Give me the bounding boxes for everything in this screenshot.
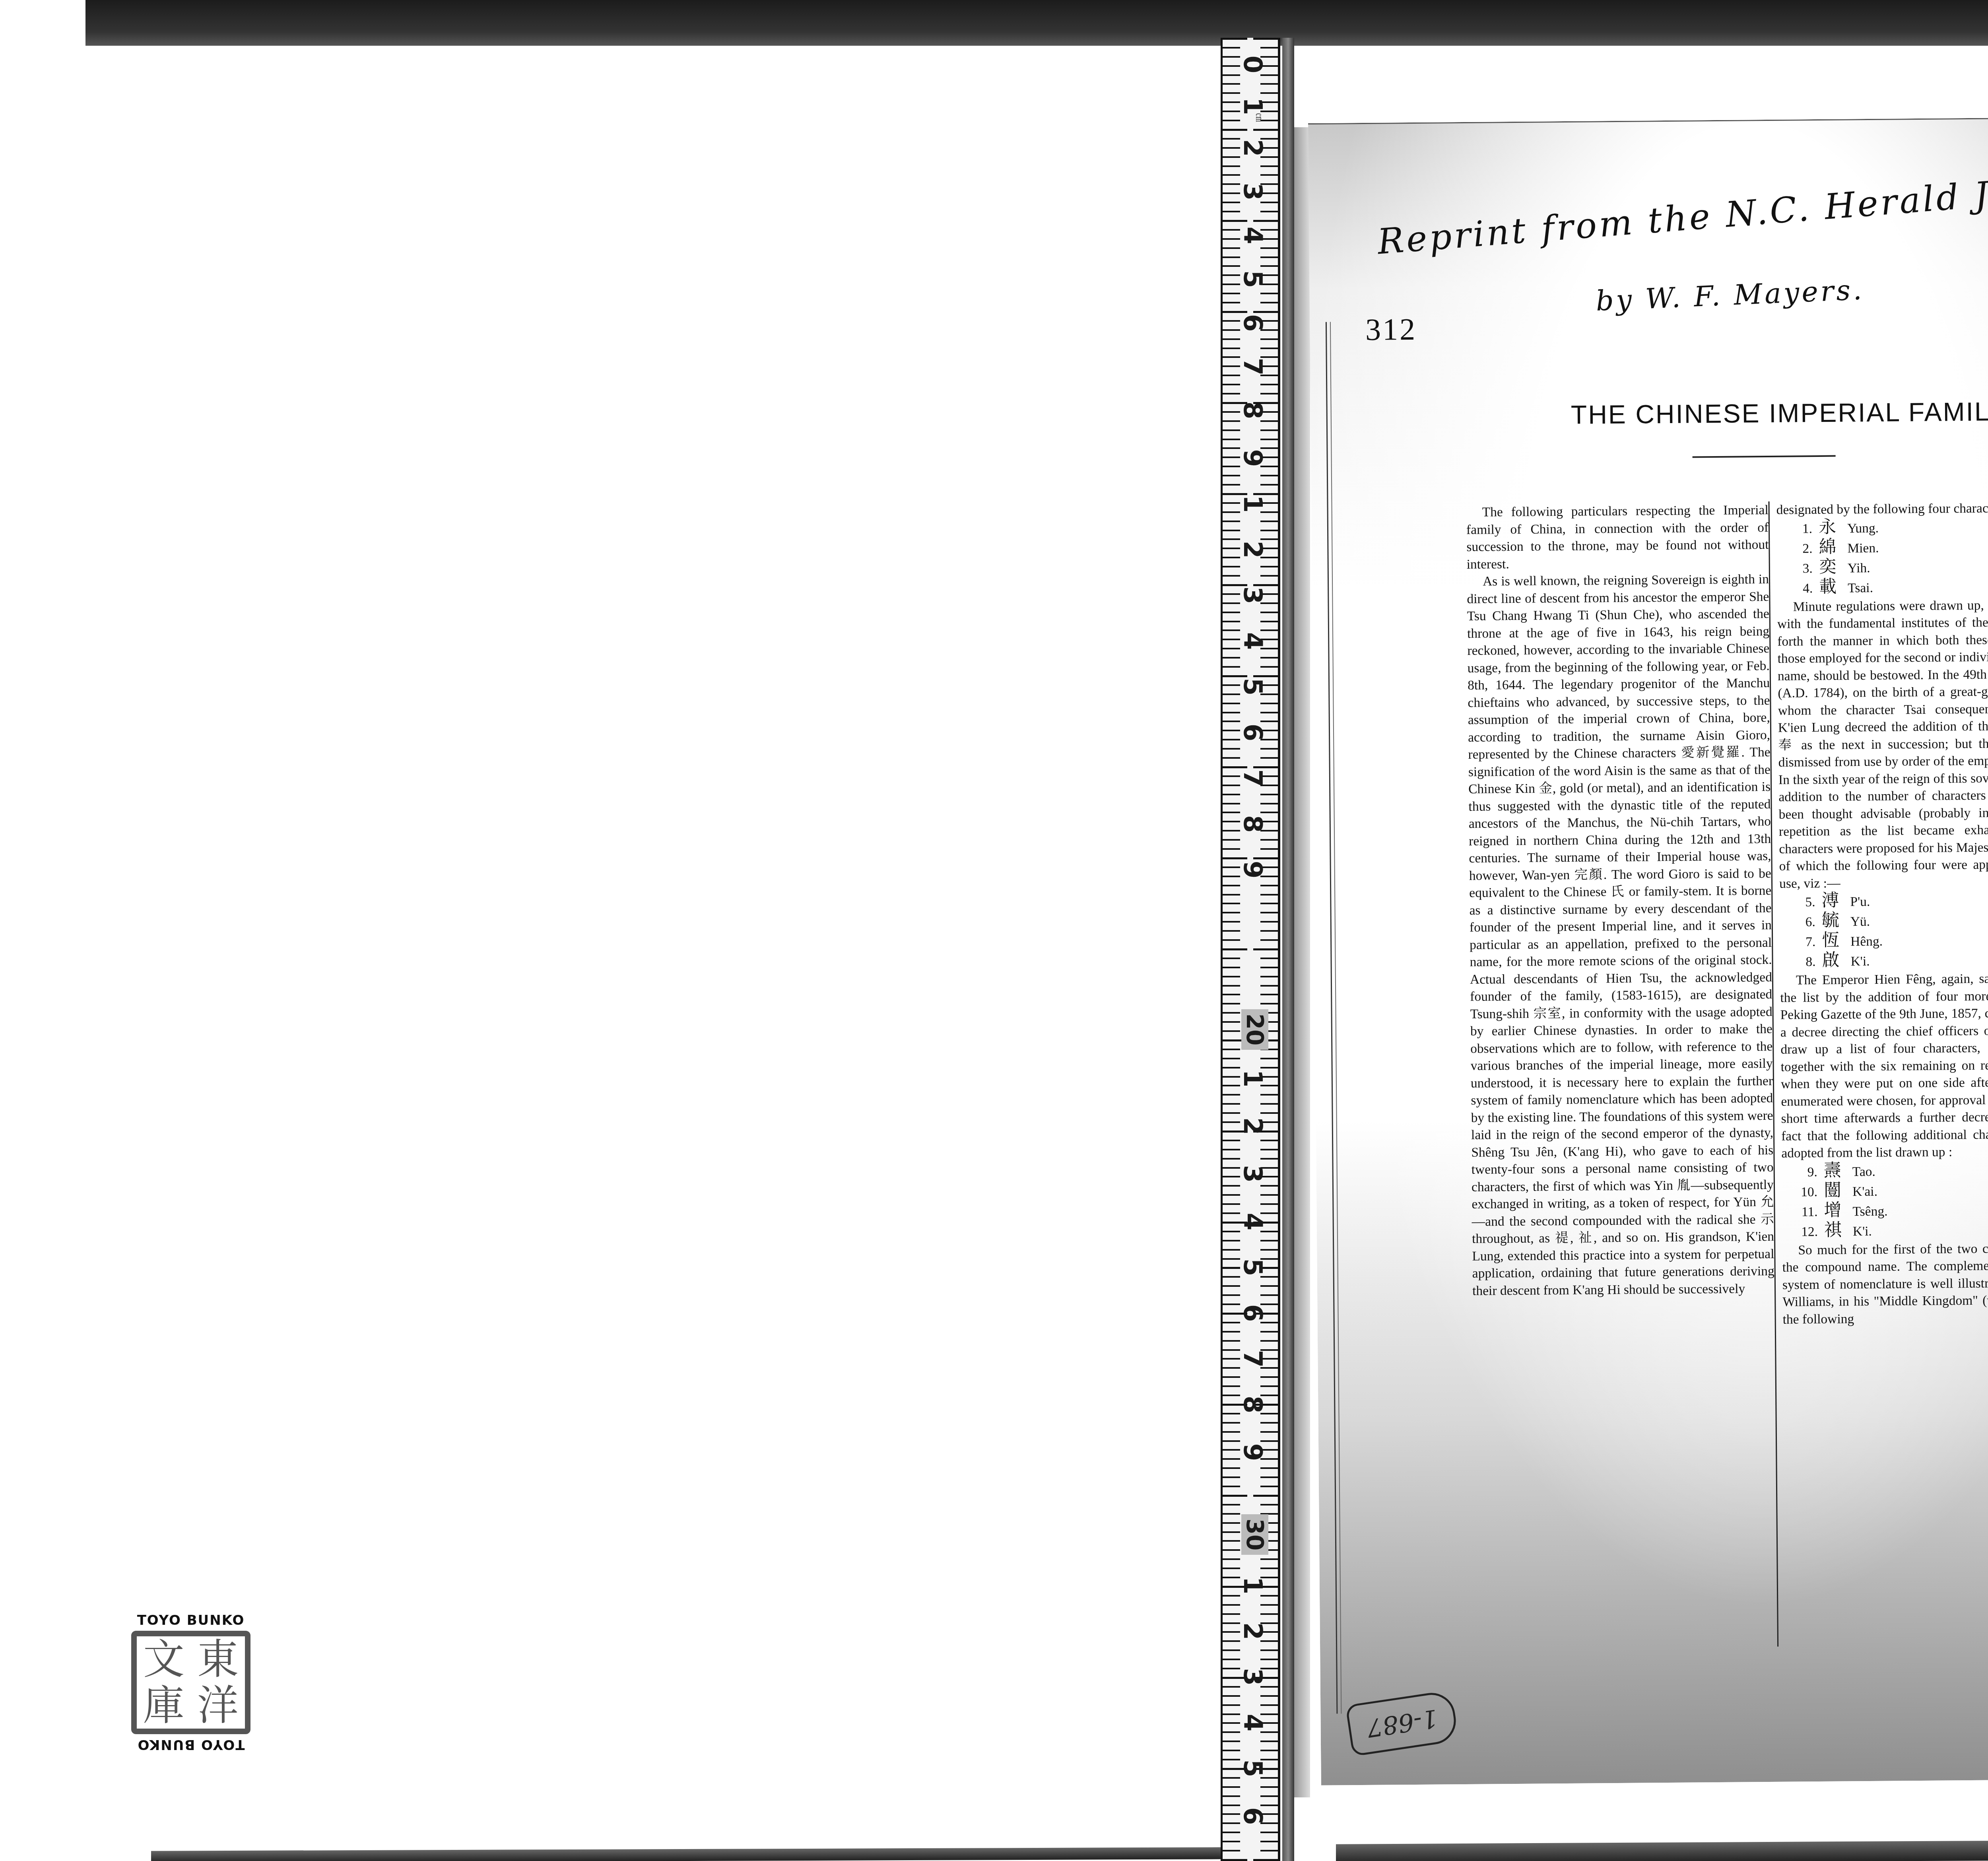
character-list-1: 1.永Yung. 2.綿Mien. 3.奕Yih. 4.載Tsai. [1792, 516, 1988, 598]
ruler-number: 5 [1238, 265, 1267, 293]
chinese-character: 奕 [1819, 558, 1841, 575]
scanner-shadow-top [85, 0, 1988, 46]
list-number: 5. [1795, 894, 1815, 911]
page-number: 312 [1365, 311, 1417, 348]
list-item: 2.綿Mien. [1792, 536, 1988, 558]
ruler-number: 4 [1238, 1208, 1267, 1235]
ruler-number: 5 [1238, 1754, 1267, 1782]
list-item: 9.燾Tao. [1798, 1160, 1988, 1182]
paragraph: designated by the following four charact… [1776, 499, 1988, 519]
character-list-2: 5.溥P'u. 6.毓Yü. 7.恆Hêng. 8.啟K'i. [1795, 890, 1988, 972]
ruler-number: 8 [1238, 1391, 1267, 1418]
ruler-number: 5 [1238, 673, 1267, 701]
stamp-label-bottom: TOYO BUNKO [127, 1737, 254, 1752]
list-number: 7. [1796, 933, 1815, 951]
seal-char: 洋 [197, 1685, 239, 1726]
page-fold-line [1326, 322, 1342, 1714]
stamp-label-top: TOYO BUNKO [127, 1612, 254, 1628]
ruler-number: 1 [1238, 490, 1267, 518]
chinese-character: 恆 [1822, 931, 1844, 949]
list-number: 9. [1798, 1164, 1817, 1181]
romanization: K'i. [1853, 1222, 1872, 1240]
ruler-number: 4 [1238, 1709, 1267, 1737]
paragraph: The following particulars respecting the… [1466, 501, 1769, 573]
ruler-number: 0 [1238, 51, 1267, 78]
ruler-number: 4 [1238, 627, 1267, 655]
chinese-character: 溥 [1821, 892, 1844, 909]
text-column-left: The following particulars respecting the… [1466, 501, 1775, 1300]
ruler-number: 6 [1238, 1802, 1267, 1830]
list-number: 12. [1798, 1223, 1818, 1241]
seal-char: 文 [143, 1639, 184, 1680]
list-number: 2. [1792, 540, 1812, 558]
list-item: 8.啟K'i. [1796, 950, 1988, 972]
list-item: 11.增Tsêng. [1798, 1199, 1988, 1222]
ruler-number: 2 [1238, 134, 1267, 162]
ruler-number: 9 [1238, 444, 1267, 472]
blank-left-page [85, 46, 1231, 1847]
ruler-number: 4 [1238, 221, 1267, 249]
romanization: Tsai. [1848, 579, 1873, 596]
list-number: 11. [1798, 1203, 1817, 1221]
character-list-3: 9.燾Tao. 10.闓K'ai. 11.增Tsêng. 12.祺K'i. [1798, 1160, 1988, 1241]
article-title: THE CHINESE IMPERIAL FAMILY. [1533, 396, 1988, 430]
paragraph: So much for the first of the two charact… [1782, 1239, 1988, 1328]
seal-char: 庫 [143, 1685, 184, 1726]
romanization: Tao. [1852, 1163, 1875, 1180]
ruler-number: 8 [1238, 396, 1267, 424]
handwritten-note-source: Reprint from the N.C. Herald Jan 1875 [1376, 161, 1988, 262]
toyo-bunko-stamp-bottom-left: TOYO BUNKO 文 東 庫 洋 TOYO BUNKO [127, 1612, 254, 1752]
list-item: 4.載Tsai. [1793, 576, 1988, 598]
romanization: Hêng. [1850, 933, 1883, 950]
ruler-number: 9 [1238, 856, 1267, 884]
chinese-character: 毓 [1822, 911, 1844, 929]
list-item: 3.奕Yih. [1793, 556, 1988, 578]
ruler-number: 3 [1238, 581, 1267, 609]
list-number: 3. [1793, 560, 1813, 577]
seal-icon: 文 東 庫 洋 [131, 1631, 250, 1734]
scanner-shadow-bottom-right [1336, 1838, 1988, 1861]
ruler-number: 3 [1238, 1663, 1267, 1691]
paragraph: The Emperor Hien Fêng, again, saw fit to… [1780, 969, 1988, 1162]
list-number: 6. [1796, 913, 1815, 931]
ruler-number: 2 [1238, 1617, 1267, 1645]
measurement-ruler: ㎝ 0 1 2 3 4 5 6 7 8 9 1 2 3 4 5 6 7 8 9 … [1221, 38, 1280, 1861]
document-page: Reprint from the N.C. Herald Jan 1875 by… [1308, 116, 1988, 1785]
chinese-character: 燾 [1824, 1162, 1846, 1179]
list-number: 1. [1792, 520, 1812, 538]
paragraph: Minute regulations were drawn up, and in… [1777, 596, 1988, 892]
ruler-number: 7 [1238, 1345, 1267, 1373]
romanization: Tsêng. [1852, 1202, 1887, 1220]
list-number: 10. [1798, 1183, 1817, 1201]
romanization: Yung. [1847, 519, 1879, 537]
ruler-number: 6 [1238, 309, 1267, 337]
ruler-shadow [1282, 38, 1294, 1861]
chinese-character: 增 [1824, 1201, 1846, 1219]
list-item: 5.溥P'u. [1795, 890, 1988, 912]
romanization: K'i. [1850, 953, 1870, 970]
title-divider [1693, 455, 1836, 458]
paragraph: As is well known, the reigning Sovereign… [1467, 571, 1774, 1300]
ruler-number: 6 [1238, 719, 1267, 746]
romanization: Mien. [1847, 539, 1879, 557]
ruler-number: 3 [1238, 178, 1267, 206]
ruler-number: 9 [1238, 1438, 1267, 1466]
ruler-number: 1 [1238, 1572, 1267, 1599]
list-item: 7.恆Hêng. [1796, 930, 1988, 952]
chinese-character: 闓 [1824, 1181, 1846, 1199]
chinese-character: 啟 [1822, 951, 1844, 969]
chinese-character: 祺 [1824, 1221, 1846, 1239]
ruler-number: 1 [1238, 1065, 1267, 1092]
chinese-character: 綿 [1819, 538, 1841, 556]
handwritten-note-author: by W. F. Mayers. [1595, 273, 1865, 317]
list-item: 10.闓K'ai. [1798, 1179, 1988, 1202]
ruler-number: 2 [1238, 1112, 1267, 1140]
chinese-character: 永 [1819, 518, 1841, 536]
ruler-number: 7 [1238, 764, 1267, 792]
ruler-number: 2 [1238, 536, 1267, 563]
handwritten-shelfmark: 1-687 [1345, 1690, 1459, 1756]
text-column-right: designated by the following four charact… [1776, 499, 1988, 1328]
romanization: Yü. [1850, 913, 1870, 930]
ruler-number-30: 30 [1241, 1514, 1268, 1555]
romanization: K'ai. [1852, 1183, 1877, 1200]
list-item: 12.祺K'i. [1798, 1219, 1988, 1241]
ruler-number: 6 [1238, 1299, 1267, 1327]
ruler-number: 5 [1238, 1253, 1267, 1281]
romanization: Yih. [1848, 559, 1870, 577]
list-item: 1.永Yung. [1792, 516, 1988, 538]
romanization: P'u. [1850, 893, 1870, 911]
list-number: 8. [1796, 953, 1815, 971]
shelfmark-text: 1-687 [1365, 1704, 1440, 1743]
list-number: 4. [1793, 580, 1813, 597]
seal-char: 東 [197, 1639, 239, 1680]
ruler-number: 8 [1238, 810, 1267, 838]
ruler-number-20: 20 [1241, 1009, 1268, 1050]
list-item: 6.毓Yü. [1796, 910, 1988, 932]
ruler-number: 7 [1238, 353, 1267, 381]
scanner-shadow-bottom-left [151, 1847, 1225, 1861]
chinese-character: 載 [1819, 578, 1841, 595]
ruler-number: 3 [1238, 1160, 1267, 1188]
page-stack-edge [1294, 127, 1310, 1797]
ruler-number: 1 [1238, 92, 1267, 120]
